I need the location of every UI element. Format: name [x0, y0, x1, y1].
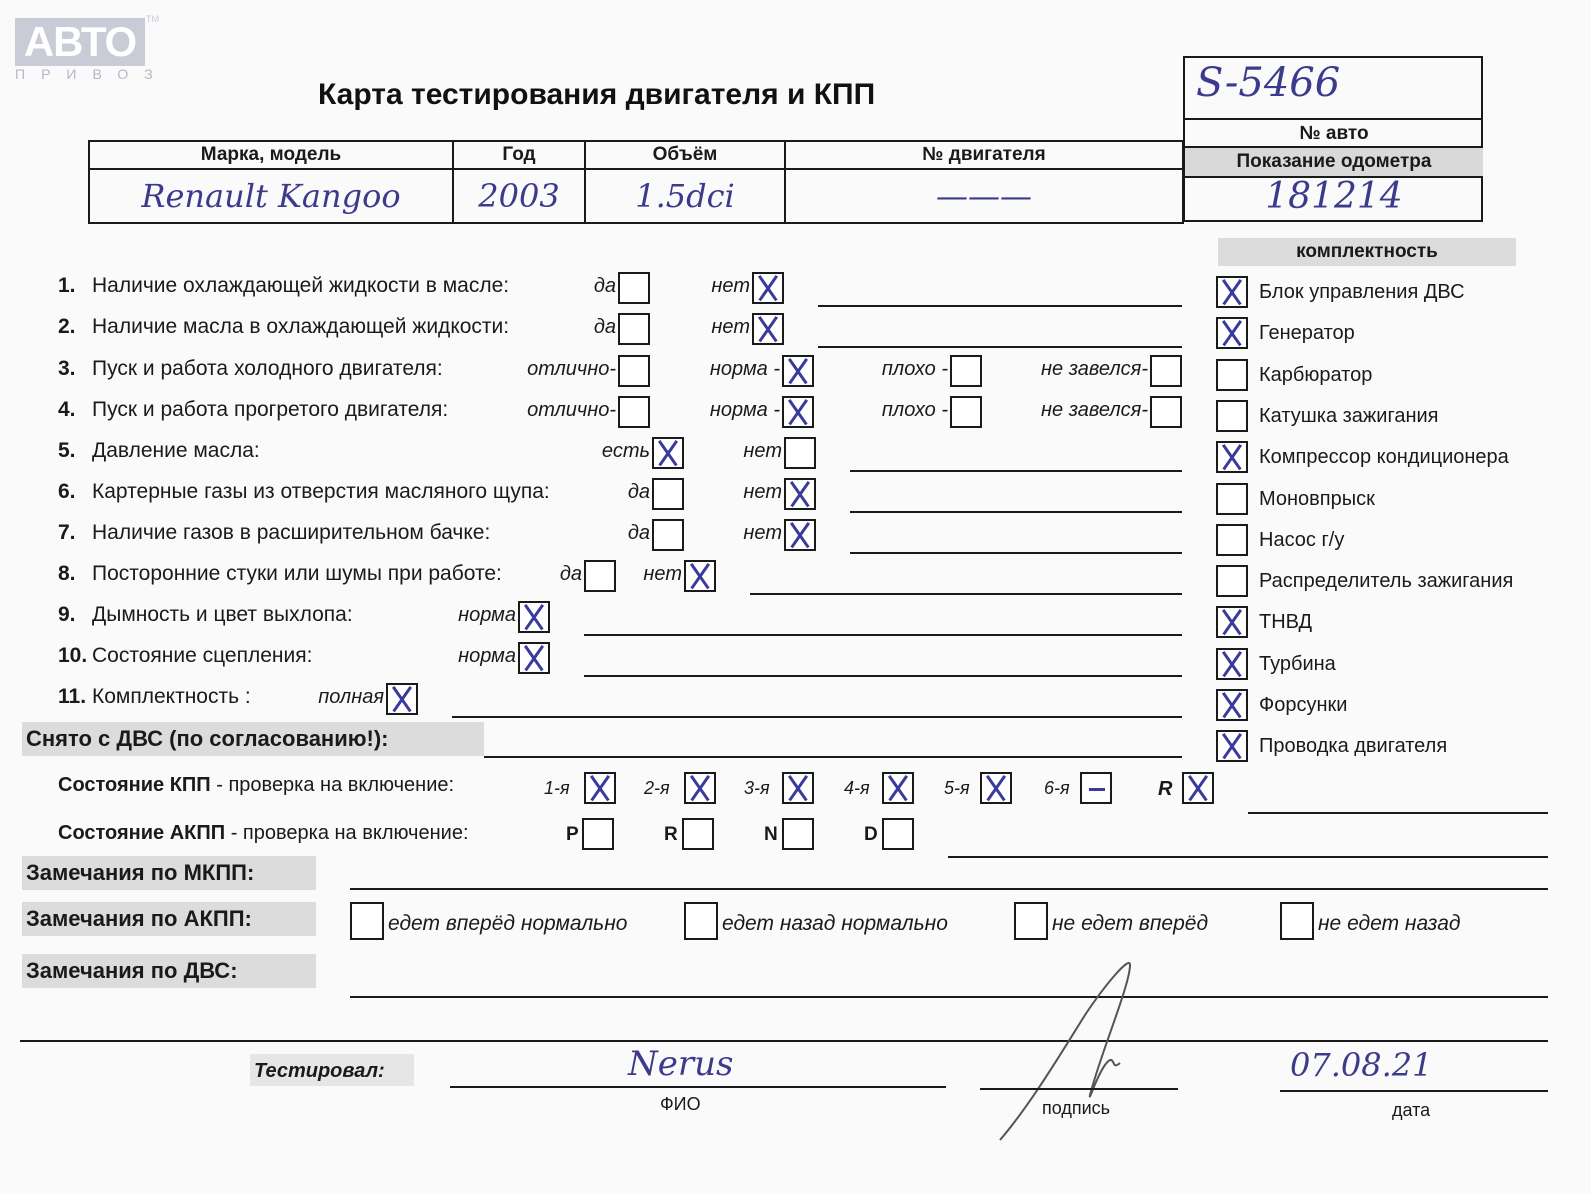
kpp-gear-checkbox[interactable] [782, 772, 814, 804]
option-label: да [530, 275, 616, 298]
check-number: 5. [58, 439, 76, 463]
completeness-checkbox[interactable] [1216, 317, 1248, 349]
check-number: 7. [58, 521, 76, 545]
kpp-label: Состояние КПП - проверка на включение: [58, 774, 454, 797]
option-checkbox[interactable] [618, 355, 650, 387]
option-checkbox[interactable] [652, 519, 684, 551]
date-field[interactable]: 07.08.21 [1290, 1046, 1433, 1084]
option-label: нет [600, 563, 682, 586]
date-line [1280, 1090, 1548, 1092]
option-checkbox[interactable] [950, 355, 982, 387]
completeness-checkbox[interactable] [1216, 276, 1248, 308]
remarks-mkpp-label: Замечания по МКПП: [22, 856, 316, 890]
option-label: нет [650, 275, 750, 298]
akpp-remark-label: не едет вперёд [1052, 912, 1208, 936]
header-make-model: Марка, модель [89, 141, 453, 169]
akpp-gear-checkbox[interactable] [782, 818, 814, 850]
check-label: Пуск и работа прогретого двигателя: [92, 398, 448, 422]
option-label: нет [700, 481, 782, 504]
akpp-remark-checkbox[interactable] [684, 902, 718, 940]
check-label: Комплектность : [92, 685, 251, 709]
akpp-gear-label: R [664, 824, 678, 846]
odometer-label: Показание одометра [1185, 146, 1483, 178]
option-label: нет [700, 440, 782, 463]
akpp-remark-checkbox[interactable] [350, 902, 384, 940]
option-label: плохо - [840, 399, 948, 422]
completeness-checkbox[interactable] [1216, 648, 1248, 680]
option-label: нет [700, 522, 782, 545]
completeness-checkbox[interactable] [1216, 400, 1248, 432]
option-label: да [590, 522, 650, 545]
check-number: 3. [58, 357, 76, 381]
kpp-gear-label: 1-я [544, 778, 570, 799]
option-checkbox[interactable] [782, 396, 814, 428]
option-label: плохо - [840, 358, 948, 381]
kpp-gear-label: 6-я [1044, 778, 1070, 799]
completeness-item-label: Катушка зажигания [1259, 405, 1439, 428]
signature-line [980, 1088, 1178, 1090]
akpp-remark-checkbox[interactable] [1014, 902, 1048, 940]
option-label: отлично- [470, 358, 616, 381]
option-checkbox[interactable] [752, 313, 784, 345]
check-number: 1. [58, 274, 76, 298]
option-checkbox[interactable] [652, 478, 684, 510]
option-checkbox[interactable] [386, 683, 418, 715]
completeness-checkbox[interactable] [1216, 441, 1248, 473]
removed-label: Снято с ДВС (по согласованию!): [22, 722, 484, 756]
completeness-item-label: Компрессор кондиционера [1259, 446, 1509, 469]
completeness-checkbox[interactable] [1216, 689, 1248, 721]
completeness-header: комплектность [1218, 238, 1516, 266]
option-checkbox[interactable] [752, 272, 784, 304]
completeness-item-label: Карбюратор [1259, 364, 1372, 387]
completeness-item-label: ТНВД [1259, 611, 1312, 634]
remarks-akpp-label: Замечания по АКПП: [22, 902, 316, 936]
check-label: Состояние сцепления: [92, 644, 312, 668]
date-caption: дата [1392, 1100, 1430, 1121]
car-number-field[interactable]: S-5466 [1196, 60, 1340, 106]
kpp-gear-checkbox[interactable] [584, 772, 616, 804]
completeness-item-label: Моновпрыск [1259, 488, 1375, 511]
check-number: 9. [58, 603, 76, 627]
option-checkbox[interactable] [518, 642, 550, 674]
kpp-gear-checkbox[interactable] [1080, 772, 1112, 804]
check-notes-line[interactable] [750, 593, 1182, 595]
check-notes-line[interactable] [850, 470, 1182, 472]
check-notes-line[interactable] [850, 552, 1182, 554]
kpp-gear-checkbox[interactable] [980, 772, 1012, 804]
akpp-gear-label: P [566, 824, 579, 846]
completeness-item-label: Блок управления ДВС [1259, 281, 1465, 304]
completeness-item-label: Генератор [1259, 322, 1355, 345]
kpp-gear-checkbox[interactable] [684, 772, 716, 804]
option-label: отлично- [470, 399, 616, 422]
option-label: норма [420, 604, 516, 627]
year-field[interactable]: 2003 [453, 169, 585, 223]
kpp-gear-label: 5-я [944, 778, 970, 799]
name-caption: ФИО [660, 1094, 701, 1115]
tester-name-line [450, 1086, 946, 1088]
check-notes-line[interactable] [850, 511, 1182, 513]
option-checkbox[interactable] [782, 355, 814, 387]
make-model-field[interactable]: Renault Kangoo [89, 169, 453, 223]
vehicle-table: Марка, модель Год Объём № двигателя Rena… [88, 140, 1184, 224]
check-label: Давление масла: [92, 439, 260, 463]
option-checkbox[interactable] [618, 396, 650, 428]
completeness-checkbox[interactable] [1216, 524, 1248, 556]
completeness-item-label: Форсунки [1259, 694, 1347, 717]
signature-caption: подпись [1042, 1098, 1110, 1119]
check-number: 10. [58, 644, 87, 668]
option-label: да [530, 316, 616, 339]
check-label: Наличие охлаждающей жидкости в масле: [92, 274, 509, 298]
option-label: норма [420, 645, 516, 668]
kpp-gear-label: 2-я [644, 778, 670, 799]
akpp-remark-checkbox[interactable] [1280, 902, 1314, 940]
option-checkbox[interactable] [684, 560, 716, 592]
volume-field[interactable]: 1.5dci [585, 169, 785, 223]
option-label: да [520, 563, 582, 586]
option-checkbox[interactable] [618, 272, 650, 304]
tested-by-label: Тестировал: [250, 1054, 414, 1086]
check-notes-line[interactable] [452, 716, 1182, 718]
kpp-gear-label: 4-я [844, 778, 870, 799]
akpp-remark-label: едет назад нормально [722, 912, 948, 936]
kpp-gear-label: R [1158, 778, 1172, 801]
completeness-item-label: Насос г/у [1259, 529, 1344, 552]
akpp-remark-label: едет вперёд нормально [388, 912, 627, 936]
avtoprivoz-logo: АВТО [15, 18, 145, 66]
option-label: норма - [660, 399, 780, 422]
option-label: норма - [660, 358, 780, 381]
check-notes-line[interactable] [584, 634, 1182, 636]
header-engine-number: № двигателя [785, 141, 1183, 169]
option-label: полная [280, 686, 384, 709]
check-label: Наличие газов в расширительном бачке: [92, 521, 490, 545]
akpp-gear-label: D [864, 824, 878, 846]
check-label: Картерные газы из отверстия масляного щу… [92, 480, 550, 504]
check-number: 6. [58, 480, 76, 504]
completeness-checkbox[interactable] [1216, 483, 1248, 515]
check-label: Наличие масла в охлаждающей жидкости: [92, 315, 509, 339]
akpp-notes-line[interactable] [948, 856, 1548, 858]
option-checkbox[interactable] [784, 519, 816, 551]
kpp-gear-checkbox[interactable] [1182, 772, 1214, 804]
option-label: не завелся- [1000, 399, 1148, 422]
odometer-field[interactable]: 181214 [1185, 176, 1483, 217]
completeness-item-label: Распределитель зажигания [1259, 570, 1513, 593]
completeness-checkbox[interactable] [1216, 606, 1248, 638]
page-title: Карта тестирования двигателя и КПП [318, 78, 875, 112]
kpp-gear-label: 3-я [744, 778, 770, 799]
remarks-dvs-label: Замечания по ДВС: [22, 954, 316, 988]
option-checkbox[interactable] [784, 437, 816, 469]
option-checkbox[interactable] [784, 478, 816, 510]
option-checkbox[interactable] [618, 313, 650, 345]
completeness-item-label: Проводка двигателя [1259, 735, 1447, 758]
header-volume: Объём [585, 141, 785, 169]
completeness-checkbox[interactable] [1216, 359, 1248, 391]
akpp-gear-label: N [764, 824, 778, 846]
check-label: Дымность и цвет выхлопа: [92, 603, 353, 627]
akpp-gear-checkbox[interactable] [682, 818, 714, 850]
option-checkbox[interactable] [518, 601, 550, 633]
completeness-item-label: Турбина [1259, 653, 1336, 676]
removed-input-line[interactable] [484, 756, 1182, 758]
completeness-checkbox[interactable] [1216, 565, 1248, 597]
car-number-label: № авто [1185, 118, 1483, 148]
check-number: 4. [58, 398, 76, 422]
kpp-gear-checkbox[interactable] [882, 772, 914, 804]
akpp-remark-label: не едет назад [1318, 912, 1460, 936]
option-label: есть [560, 440, 650, 463]
remarks-dvs-line-1[interactable] [350, 996, 1548, 998]
engine-number-field[interactable]: ——— [785, 169, 1183, 223]
akpp-gear-checkbox[interactable] [882, 818, 914, 850]
completeness-checkbox[interactable] [1216, 730, 1248, 762]
logo-trademark: TM [146, 14, 159, 24]
header-year: Год [453, 141, 585, 169]
check-notes-line[interactable] [584, 675, 1182, 677]
option-label: нет [650, 316, 750, 339]
check-number: 2. [58, 315, 76, 339]
check-label: Посторонние стуки или шумы при работе: [92, 562, 502, 586]
option-checkbox[interactable] [652, 437, 684, 469]
check-number: 8. [58, 562, 76, 586]
check-notes-line[interactable] [818, 305, 1182, 307]
check-label: Пуск и работа холодного двигателя: [92, 357, 443, 381]
tester-name-field[interactable]: Nerus [628, 1044, 733, 1084]
remarks-dvs-line-2[interactable] [20, 1040, 1548, 1042]
option-label: да [590, 481, 650, 504]
logo-subtitle: ПРИВОЗ [15, 66, 169, 82]
check-notes-line[interactable] [818, 346, 1182, 348]
option-checkbox[interactable] [950, 396, 982, 428]
kpp-notes-line[interactable] [1248, 812, 1548, 814]
option-checkbox[interactable] [1150, 355, 1182, 387]
option-label: не завелся- [1000, 358, 1148, 381]
akpp-gear-checkbox[interactable] [582, 818, 614, 850]
check-number: 11. [58, 685, 86, 709]
option-checkbox[interactable] [1150, 396, 1182, 428]
akpp-label: Состояние АКПП - проверка на включение: [58, 822, 469, 845]
remarks-mkpp-line[interactable] [350, 888, 1548, 890]
